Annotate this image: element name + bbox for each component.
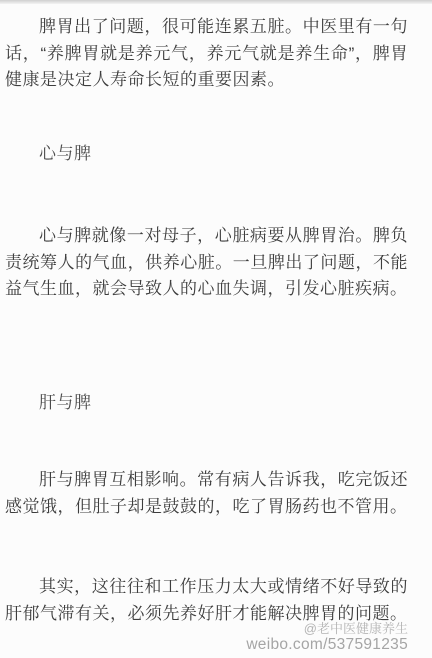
top-edge-shade <box>0 0 432 4</box>
paragraph-intro: 脾胃出了问题，很可能连累五脏。中医里有一句话，“养脾胃就是养元气，养元气就是养生… <box>5 14 408 94</box>
watermark-weibo-url: weibo.com/537591235 <box>5 636 408 653</box>
paragraph-heart-spleen: 心与脾就像一对母子，心脏病要从脾胃治。脾负责统筹人的气血，供养心脏。一旦脾出了问… <box>5 223 408 303</box>
section-heading-liver-spleen: 肝与脾 <box>5 390 408 417</box>
section-heading-heart-spleen: 心与脾 <box>5 141 408 168</box>
article-image: 脾胃出了问题，很可能连累五脏。中医里有一句话，“养脾胃就是养元气，养元气就是养生… <box>0 0 432 658</box>
paragraph-liver-spleen: 肝与脾胃互相影响。常有病人告诉我，吃完饭还感觉饿，但肚子却是鼓鼓的，吃了胃肠药也… <box>5 467 408 520</box>
paragraph-conclusion: 其实，这往往和工作压力太大或情绪不好导致的肝郁气滞有关，必须先养好肝才能解决脾胃… <box>5 574 408 627</box>
